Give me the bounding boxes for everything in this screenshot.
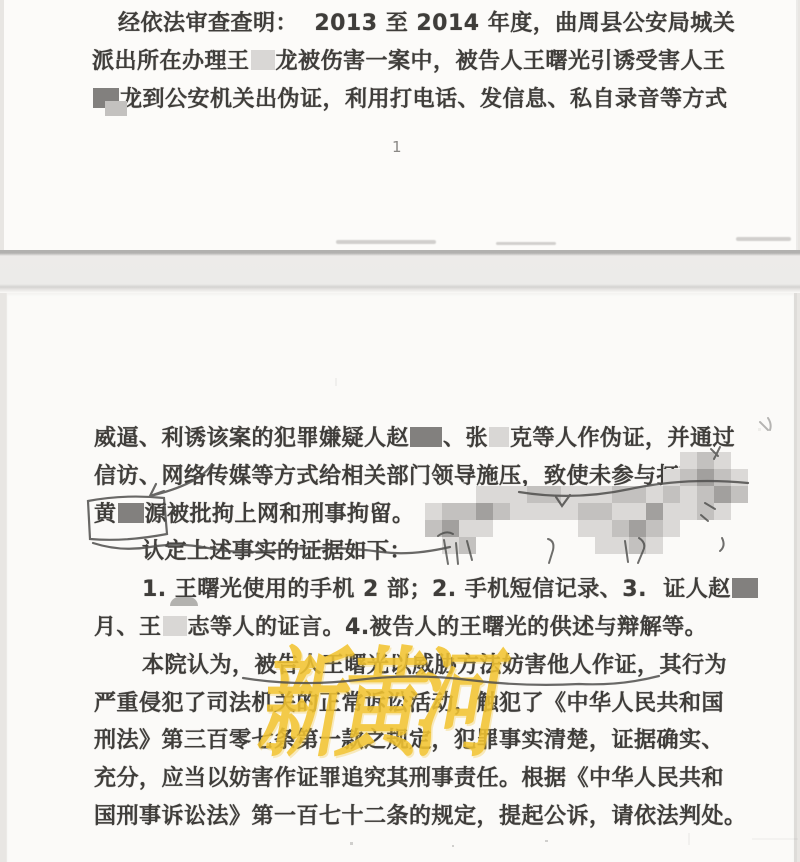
redaction-block (163, 616, 187, 636)
text-segment: 龙到公安机关出伪证，利用打电话、发信息、私自录音等方式 (120, 87, 728, 112)
text-line: 月、王志等人的证言。4.被告人的王曙光的供述与辩解等。 (94, 609, 759, 647)
text-segment: 克等人作伪证，并通过 (510, 426, 735, 451)
mosaic-cell (595, 537, 612, 554)
redaction-block (732, 578, 758, 598)
mosaic-cell (663, 486, 680, 503)
mosaic-cell (714, 452, 731, 469)
text-line: 本院认为，被告人王曙光以威胁方法妨害他人作证，其行为 (94, 647, 759, 685)
text-segment: 威逼、利诱该案的犯罪嫌疑人赵 (94, 426, 409, 451)
mosaic-cell (612, 486, 629, 503)
mosaic-cell (561, 486, 578, 503)
grey-smudge-mark (170, 597, 198, 606)
mosaic-cell (714, 469, 731, 486)
mosaic-cell (697, 486, 714, 503)
scan-speck (545, 840, 548, 842)
mosaic-cell (697, 452, 714, 469)
text-line: 严重侵犯了司法机关的正常诉讼活动，触犯了《中华人民共和国 (94, 685, 759, 723)
scan-speck (350, 842, 353, 845)
text-segment: 、张 (443, 426, 488, 451)
text-line: 龙到公安机关出伪证，利用打电话、发信息、私自录音等方式 (92, 81, 735, 119)
scan-speck (752, 838, 798, 840)
text-line: 威逼、利诱该案的犯罪嫌疑人赵、张克等人作伪证，并通过 (94, 420, 759, 458)
redaction-block (118, 503, 144, 523)
text-line: 国刑事诉讼法》第一百七十二条的规定，提起公诉，请依法判处。 (94, 798, 759, 836)
pencil-smudge (736, 237, 791, 241)
scanned-document: 经依法审查查明： 2013 至 2014 年度，曲周县公安局城关派出所在办理王龙… (0, 0, 800, 862)
text-segment: 黄 (94, 502, 117, 527)
redaction-block (410, 427, 442, 447)
scan-speck (758, 428, 761, 431)
mosaic-cell (714, 503, 731, 520)
mosaic-cell (459, 503, 476, 520)
page1-text-block: 经依法审查查明： 2013 至 2014 年度，曲周县公安局城关派出所在办理王龙… (92, 5, 735, 118)
mosaic-cell (442, 520, 459, 537)
text-segment: 源被批拘上网和刑事拘留。 (145, 502, 415, 527)
page-gap-shadow (0, 250, 800, 293)
mosaic-cell (442, 537, 459, 554)
text-segment: 经依法审查查明： 2013 至 2014 年度，曲周县公安局城关 (118, 11, 735, 36)
mosaic-cell (544, 486, 561, 503)
mosaic-cell (646, 537, 663, 554)
mosaic-cell (697, 469, 714, 486)
mosaic-cell (680, 469, 697, 486)
mosaic-cell (612, 520, 629, 537)
text-segment: 月、王 (94, 615, 162, 640)
mosaic-cell (493, 486, 510, 503)
mosaic-cell (663, 469, 680, 486)
mosaic-cell (493, 503, 510, 520)
mosaic-cell (629, 520, 646, 537)
text-line: 派出所在办理王龙被伤害一案中，被告人王曙光引诱受害人王 (92, 43, 735, 81)
mosaic-cell (714, 486, 731, 503)
mosaic-cell (663, 503, 680, 520)
text-segment: 龙被伤害一案中，被告人王曙光引诱受害人王 (276, 49, 726, 74)
mosaic-cell (476, 486, 493, 503)
mosaic-cell (663, 520, 680, 537)
scan-speck (688, 833, 690, 845)
mosaic-cell (731, 469, 748, 486)
mosaic-cell (629, 486, 646, 503)
mosaic-cell (680, 503, 697, 520)
mosaic-cell (629, 503, 646, 520)
text-segment: 1. 王曙光使用的手机 2 部；2. 手机短信记录、3. 证人赵 (142, 577, 731, 602)
text-line: 刑法》第三百零七条第一款之规定，犯罪事实清楚，证据确实、 (94, 722, 759, 760)
mosaic-cell (595, 486, 612, 503)
text-segment: 认定上述事实的证据如下： (142, 539, 412, 564)
text-segment: 严重侵犯了司法机关的正常诉讼活动，触犯了《中华人民共和国 (94, 691, 724, 716)
mosaic-cell (527, 503, 544, 520)
text-segment: 刑法》第三百零七条第一款之规定，犯罪事实清楚，证据确实、 (94, 728, 724, 753)
text-segment: 国刑事诉讼法》第一百七十二条的规定，提起公诉，请依法判处。 (94, 804, 747, 829)
scan-speck (335, 378, 337, 386)
mosaic-cell (612, 503, 629, 520)
mosaic-cell (442, 503, 459, 520)
mosaic-cell (578, 503, 595, 520)
mosaic-cell (544, 503, 561, 520)
mosaic-cell (629, 537, 646, 554)
text-segment: 充分，应当以妨害作证罪追究其刑事责任。根据《中华人民共和 (94, 766, 724, 791)
page2-text-block: 威逼、利诱该案的犯罪嫌疑人赵、张克等人作伪证，并通过信访、网络传媒等方式给相关部… (94, 420, 759, 836)
mosaic-cell (646, 520, 663, 537)
mosaic-cell (646, 486, 663, 503)
mosaic-cell (578, 486, 595, 503)
mosaic-cell (680, 486, 697, 503)
redaction-block (105, 101, 127, 116)
mosaic-cell (646, 503, 663, 520)
redaction-block (489, 427, 509, 447)
mosaic-cell (731, 486, 748, 503)
text-segment: 派出所在办理王 (92, 49, 250, 74)
mosaic-cell (595, 520, 612, 537)
text-segment: 本院认为，被告人王曙光以威胁方法妨害他人作证，其行为 (142, 653, 727, 678)
mosaic-cell (459, 537, 476, 554)
redaction-block (251, 50, 275, 70)
text-line: 充分，应当以妨害作证罪追究其刑事责任。根据《中华人民共和 (94, 760, 759, 798)
mosaic-cell (578, 520, 595, 537)
mosaic-cell (510, 486, 527, 503)
mosaic-cell (595, 503, 612, 520)
mosaic-cell (561, 503, 578, 520)
mosaic-cell (425, 503, 442, 520)
mosaic-cell (527, 486, 544, 503)
pencil-smudge (336, 240, 436, 244)
mosaic-cell (510, 503, 527, 520)
mosaic-cell (425, 520, 442, 537)
text-line: 经依法审查查明： 2013 至 2014 年度，曲周县公安局城关 (92, 5, 735, 43)
mosaic-cell (612, 537, 629, 554)
mosaic-cell (476, 503, 493, 520)
scan-speck (452, 845, 454, 847)
mosaic-cell (459, 520, 476, 537)
pencil-smudge (496, 242, 556, 245)
page-number: 1 (392, 138, 402, 156)
mosaic-cell (476, 520, 493, 537)
mosaic-cell (697, 503, 714, 520)
mosaic-cell (680, 452, 697, 469)
text-segment: 志等人的证言。4.被告人的王曙光的供述与辩解等。 (188, 615, 708, 640)
